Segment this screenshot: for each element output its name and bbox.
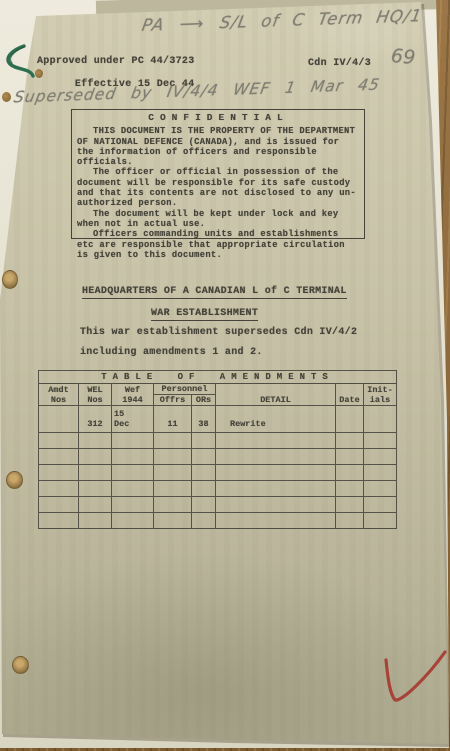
empty-row	[39, 449, 397, 465]
empty-row	[39, 465, 397, 481]
cell-date	[336, 406, 364, 433]
routing-target: S/L of C Term HQ/1	[218, 6, 423, 32]
tag-eyelet	[2, 92, 11, 102]
scanned-document-photo: { "document": { "handwritten": { "routin…	[0, 0, 450, 751]
empty-row	[39, 497, 397, 513]
supersedes-line2: including amendments 1 and 2.	[80, 347, 263, 358]
confidential-para2: The officer or official in possession of…	[77, 167, 360, 208]
stamp-line1: Approved under PC 44/3723	[37, 56, 195, 67]
empty-row	[39, 513, 397, 529]
table-title-row: TABLE OF AMENDMENTS	[39, 371, 397, 384]
cell-wef-date: 15 Dec	[112, 406, 154, 433]
red-checkmark-icon	[358, 632, 448, 751]
cell-initials	[364, 406, 397, 433]
empty-row	[39, 481, 397, 497]
cell-wel-no: 312	[79, 406, 112, 433]
col-header-detail: DETAIL	[216, 384, 336, 406]
col-header-amdt-nos: Amdt Nos	[39, 384, 79, 406]
table-title: TABLE OF AMENDMENTS	[39, 371, 397, 384]
punch-hole	[2, 270, 18, 289]
handwritten-page-number: 69	[390, 45, 416, 69]
col-header-initials: Init- ials	[364, 384, 397, 406]
col-header-offrs: Offrs	[154, 395, 192, 406]
green-thread-tag-icon	[2, 44, 44, 88]
punch-hole	[12, 656, 29, 674]
amendments-table: TABLE OF AMENDMENTS Amdt Nos WEL Nos Wef…	[38, 370, 397, 529]
confidential-para3: The document will be kept under lock and…	[77, 209, 360, 230]
cell-amdt-no	[39, 406, 79, 433]
routing-prefix: PA	[140, 15, 166, 35]
document-subtitle: WAR ESTABLISHMENT	[151, 308, 258, 321]
confidential-para1: THIS DOCUMENT IS THE PROPERTY OF THE DEP…	[77, 126, 360, 167]
confidential-box: CONFIDENTIAL THIS DOCUMENT IS THE PROPER…	[71, 109, 365, 239]
cell-offrs: 11	[154, 406, 192, 433]
col-header-wel-nos: WEL Nos	[79, 384, 112, 406]
col-header-date: Date	[336, 384, 364, 406]
confidential-para4: Officers commanding units and establishm…	[77, 229, 360, 260]
table-header-row: Amdt Nos WEL Nos Wef 1944 Personnel DETA…	[39, 384, 397, 395]
supersedes-line1: This war establishment supersedes Cdn IV…	[80, 327, 357, 338]
punch-hole	[6, 471, 23, 489]
col-header-ors: ORs	[192, 395, 216, 406]
col-header-wef-1944: Wef 1944	[112, 384, 154, 406]
cell-detail: Rewrite	[216, 406, 336, 433]
handwritten-routing-note: PA ⟶ S/L of C Term HQ/1	[142, 6, 422, 35]
confidential-title: CONFIDENTIAL	[77, 113, 360, 123]
empty-row	[39, 433, 397, 449]
col-group-personnel: Personnel	[154, 384, 216, 395]
arrow-icon: ⟶	[179, 14, 204, 34]
scene: PA ⟶ S/L of C Term HQ/1 Approved under P…	[0, 0, 450, 751]
amendment-row: 312 15 Dec 11 38 Rewrite	[39, 406, 397, 433]
cell-ors: 38	[192, 406, 216, 433]
document-title: HEADQUARTERS OF A CANADIAN L of C TERMIN…	[82, 286, 347, 299]
reference-number: Cdn IV/4/3	[308, 58, 371, 69]
